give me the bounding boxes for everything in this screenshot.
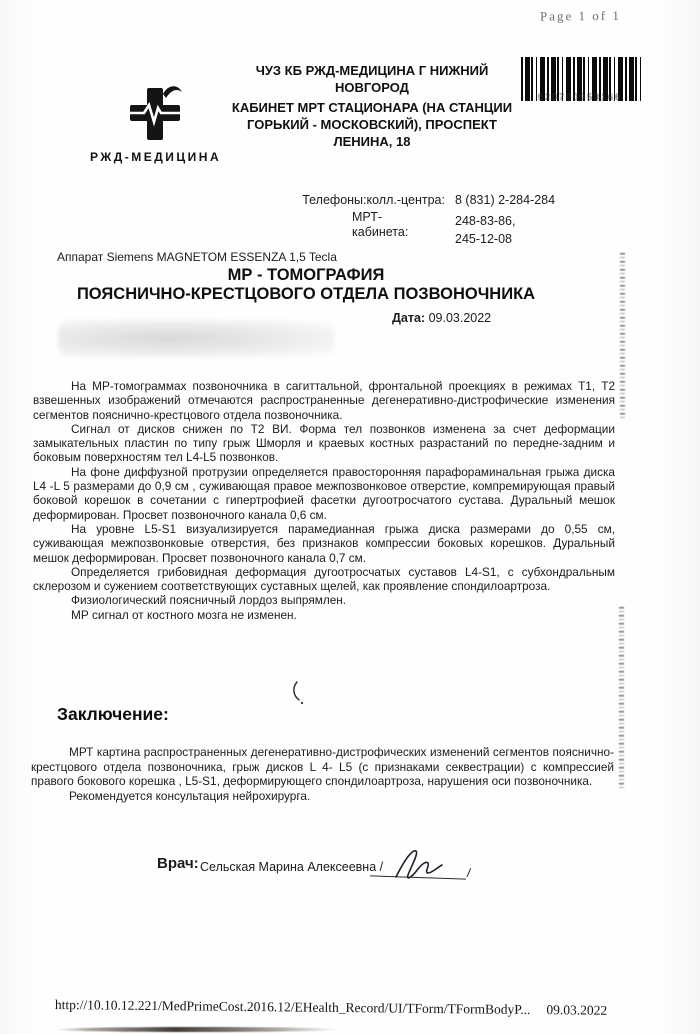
document-page: Page 1 of 1 РЖД-МЕДИЦИНА ЧУЗ КБ РЖД-МЕДИ… — [0, 0, 700, 1034]
medical-cross-ecg-icon — [124, 82, 186, 144]
scan-edge-artifact — [619, 607, 624, 790]
page-indicator: Page 1 of 1 — [540, 7, 670, 24]
doctor-label: Врач: — [157, 855, 199, 872]
signature-end-slash: / — [466, 866, 471, 880]
org-department: КАБИНЕТ МРТ СТАЦИОНАРА (НА СТАНЦИИ ГОРЬК… — [222, 99, 522, 150]
barcode-number: 020700953166 — [538, 92, 622, 102]
date-label: Дата: — [392, 311, 425, 325]
findings-paragraph: На фоне диффузной протрузии определяется… — [33, 465, 615, 522]
redacted-area — [58, 320, 334, 357]
findings-paragraph: На МР-томограммах позвоночника в сагитта… — [33, 379, 615, 422]
org-header: ЧУЗ КБ РЖД-МЕДИЦИНА Г НИЖНИЙ НОВГОРОД КА… — [222, 62, 522, 150]
mrt-cabinet-label: МРТ-кабинета: — [352, 210, 414, 240]
findings-paragraph: На уровне L5-S1 визуализируется парамеди… — [33, 522, 615, 565]
pen-mark-artifact — [288, 680, 310, 706]
rzd-medicina-logo: РЖД-МЕДИЦИНА — [90, 82, 220, 164]
footer-url: http://10.10.12.221/MedPrimeCost.2016.12… — [55, 997, 531, 1018]
conclusion-paragraph: МРТ картина распространенных дегенератив… — [31, 745, 614, 789]
footer: http://10.10.12.221/MedPrimeCost.2016.12… — [55, 997, 680, 1020]
org-name: ЧУЗ КБ РЖД-МЕДИЦИНА Г НИЖНИЙ НОВГОРОД — [222, 62, 522, 96]
date-value: 09.03.2022 — [429, 311, 492, 325]
mrt-phone-1: 248-83-86, — [455, 214, 515, 228]
conclusion-heading: Заключение: — [57, 704, 169, 725]
findings-paragraph: Физиологический поясничный лордоз выпрям… — [33, 593, 615, 607]
findings-paragraph: МР сигнал от костного мозга не изменен. — [33, 608, 615, 622]
report-title: МР - ТОМОГРАФИЯ ПОЯСНИЧНО-КРЕСТЦОВОГО ОТ… — [30, 266, 582, 304]
scan-edge-artifact — [620, 253, 625, 421]
findings-text: На МР-томограммах позвоночника в сагитта… — [33, 379, 615, 622]
report-title-line1: МР - ТОМОГРАФИЯ — [30, 266, 582, 285]
report-title-line2: ПОЯСНИЧНО-КРЕСТЦОВОГО ОТДЕЛА ПОЗВОНОЧНИК… — [30, 285, 582, 304]
conclusion-text: МРТ картина распространенных дегенератив… — [31, 745, 614, 803]
apparatus-line: Аппарат Siemens MAGNETOM ESSENZA 1,5 Tec… — [57, 250, 337, 264]
doctor-name: Сельская Марина Алексеевна / — [200, 860, 383, 874]
phones-label: Телефоны:колл.-центра: — [283, 193, 445, 207]
findings-paragraph: Сигнал от дисков снижен по Т2 ВИ. Форма … — [33, 422, 615, 465]
signature-icon — [382, 843, 462, 883]
footer-date: 09.03.2022 — [546, 1002, 607, 1019]
findings-paragraph: Определяется грибовидная деформация дуго… — [33, 565, 615, 594]
call-center-phone: 8 (831) 2-284-284 — [455, 193, 555, 207]
mrt-phone-2: 245-12-08 — [455, 232, 512, 246]
scan-smudge-artifact — [55, 1027, 340, 1032]
report-date: Дата: 09.03.2022 — [392, 311, 491, 325]
logo-text: РЖД-МЕДИЦИНА — [90, 150, 220, 164]
conclusion-paragraph: Рекомендуется консультация нейрохирурга. — [31, 789, 614, 804]
